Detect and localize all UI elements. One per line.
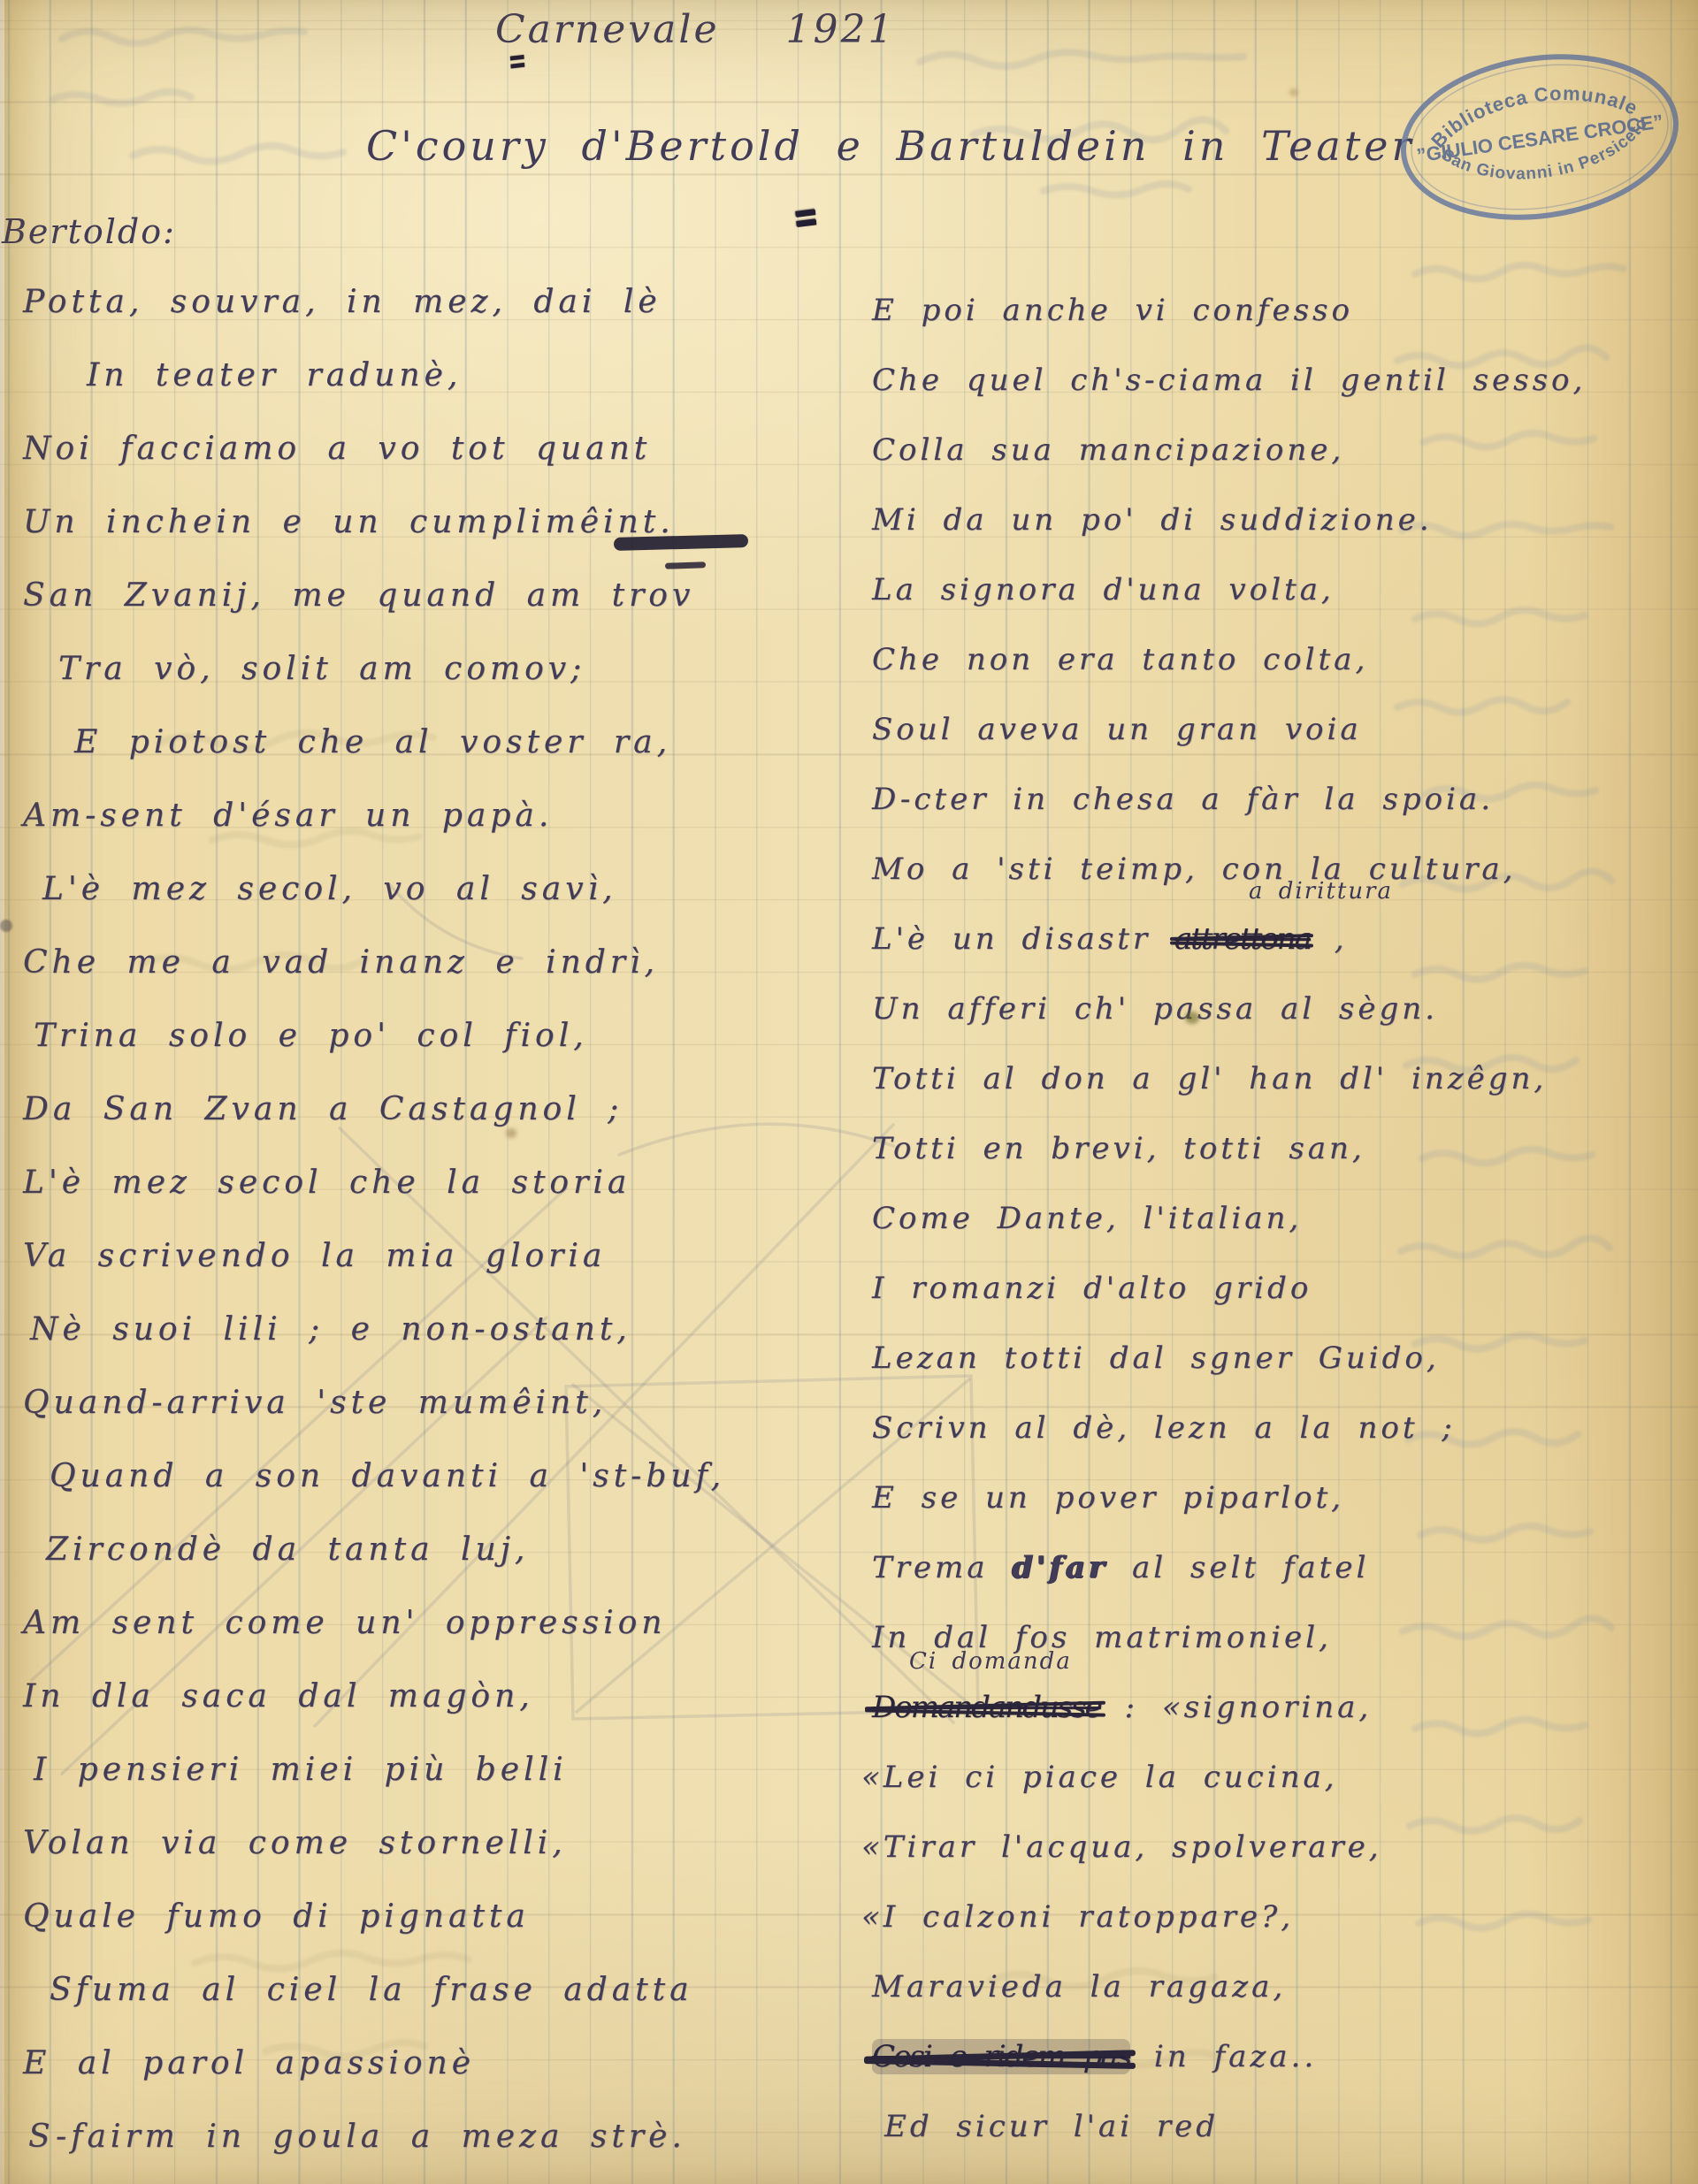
verse-line: «Tirar l'acqua, spolverare,: [861, 1813, 1586, 1882]
verse-line: D-cter in chesa a fàr la spoia.: [872, 765, 1586, 835]
verse-line: Va scrivendo la mia gloria: [23, 1219, 725, 1293]
library-stamp: Biblioteca Comunale ”GIULIO CESARE CROCE…: [1383, 30, 1696, 244]
verse-line: Quand-arriva 'ste mumêint,: [23, 1366, 725, 1439]
inserted-correction: Ci domanda: [909, 1650, 1072, 1673]
paper-stain: [1289, 88, 1298, 96]
paper-stain: [0, 920, 12, 932]
verse-line: Maravieda la ragaza,: [872, 1952, 1586, 2022]
page-title: Carnevale 1921: [495, 7, 895, 52]
verse-line: Che quel ch's-ciama il gentil sesso,: [872, 346, 1586, 416]
manuscript-page: Carnevale 1921 = C'coury d'Bertold e Bar…: [0, 0, 1698, 2184]
speaker-label: Bertoldo:: [2, 212, 176, 251]
paper-stain: [1185, 1012, 1199, 1024]
verse-line: Quand a son davanti a 'st-buf,: [23, 1439, 725, 1513]
verse-line: Come Dante, l'italian,: [872, 1184, 1586, 1254]
verse-line: Mi da un po' di suddizione.: [872, 485, 1586, 555]
verse-line: Ed sicur l'ai red: [872, 2092, 1586, 2162]
left-verse-column: Potta, souvra, in mez, dai lè In teater …: [23, 265, 725, 2173]
ink-smudge-bar: [614, 534, 748, 551]
verse-line: Colla sua mancipazione,: [872, 416, 1586, 485]
verse-line: S-fairm in goula a meza strè.: [23, 2100, 725, 2173]
verse-line: Am sent come un' oppression: [23, 1586, 725, 1660]
verse-line: In dla saca dal magòn,: [23, 1660, 725, 1733]
verse-line: Am-sent d'ésar un papà.: [23, 779, 725, 852]
inserted-correction: a dirittura: [1249, 880, 1393, 903]
poem-heading: C'coury d'Bertold e Bartuldein in Teater: [366, 122, 1415, 170]
verse-line: Che non era tanto colta,: [872, 625, 1586, 695]
right-verse-column: E poi anche vi confesso Che quel ch's-ci…: [872, 276, 1586, 2162]
verse-line: Trina solo e po' col fiol,: [23, 999, 725, 1073]
verse-line-corrected: Domandandusse : «signorina, Ci domanda: [872, 1673, 1586, 1743]
verse-line: «I calzoni ratoppare?,: [861, 1882, 1586, 1952]
verse-line: Totti en brevi, totti san,: [872, 1114, 1586, 1184]
verse-line: Mo a 'sti teimp, con la cultura,: [872, 835, 1586, 905]
verse-line: I pensieri miei più belli: [23, 1733, 725, 1806]
verse-line: L'è mez secol che la storia: [23, 1146, 725, 1219]
verse-line: Un afferi ch' passa al sègn.: [872, 974, 1586, 1044]
verse-line: Noi facciamo a vo tot quant: [23, 412, 725, 485]
heading-underline-mark: =: [792, 189, 819, 244]
verse-line: Sfuma al ciel la frase adatta: [23, 1953, 725, 2027]
verse-line: E poi anche vi confesso: [872, 276, 1586, 346]
verse-line: E se un pover piparlot,: [872, 1463, 1586, 1533]
verse-line: Da San Zvan a Castagnol ;: [23, 1073, 725, 1146]
verse-line: Lezan totti dal sgner Guido,: [872, 1324, 1586, 1394]
verse-line: L'è mez secol, vo al savì,: [23, 852, 725, 926]
verse-line: Quale fumo di pignatta: [23, 1880, 725, 1953]
verse-line: I romanzi d'alto grido: [872, 1254, 1586, 1324]
verse-line: Volan via come stornelli,: [23, 1806, 725, 1880]
struck-out-word: attrettona: [1174, 921, 1311, 957]
verse-line: In teater radunè,: [23, 339, 725, 412]
verse-line: E piotost che al voster ra,: [23, 706, 725, 779]
verse-line-corrected: Cosi e ridem pas in faza..: [872, 2022, 1586, 2092]
verse-line-corrected: L'è un disastr attrettona , a dirittura: [872, 905, 1586, 974]
verse-line: Potta, souvra, in mez, dai lè: [23, 265, 725, 339]
paper-stain: [506, 1128, 516, 1138]
verse-line: Soul aveva un gran voia: [872, 695, 1586, 765]
verse-line-overwritten: Trema d'far al selt fatel: [872, 1533, 1586, 1603]
verse-line: Tra vò, solit am comov;: [23, 632, 725, 706]
verse-line: San Zvanij, me quand am trov: [23, 559, 725, 632]
struck-out-word: Domandandusse: [872, 1690, 1101, 1725]
verse-line: La signora d'una volta,: [872, 555, 1586, 625]
verse-line: Scrivn al dè, lezn a la not ;: [872, 1394, 1586, 1463]
overwritten-word: d'far: [1012, 1550, 1108, 1585]
struck-out-phrase: Cosi e ridem pas: [872, 2039, 1130, 2074]
title-underline-mark: =: [509, 40, 527, 83]
verse-line: E al parol apassionè: [23, 2027, 725, 2100]
verse-line: Che me a vad inanz e indrì,: [23, 926, 725, 999]
verse-line: Totti al don a gl' han dl' inzêgn,: [872, 1044, 1586, 1114]
verse-line: Zircondè da tanta luj,: [23, 1513, 725, 1586]
verse-line: Nè suoi lili ; e non-ostant,: [23, 1293, 725, 1366]
verse-line: «Lei ci piace la cucina,: [861, 1743, 1586, 1813]
